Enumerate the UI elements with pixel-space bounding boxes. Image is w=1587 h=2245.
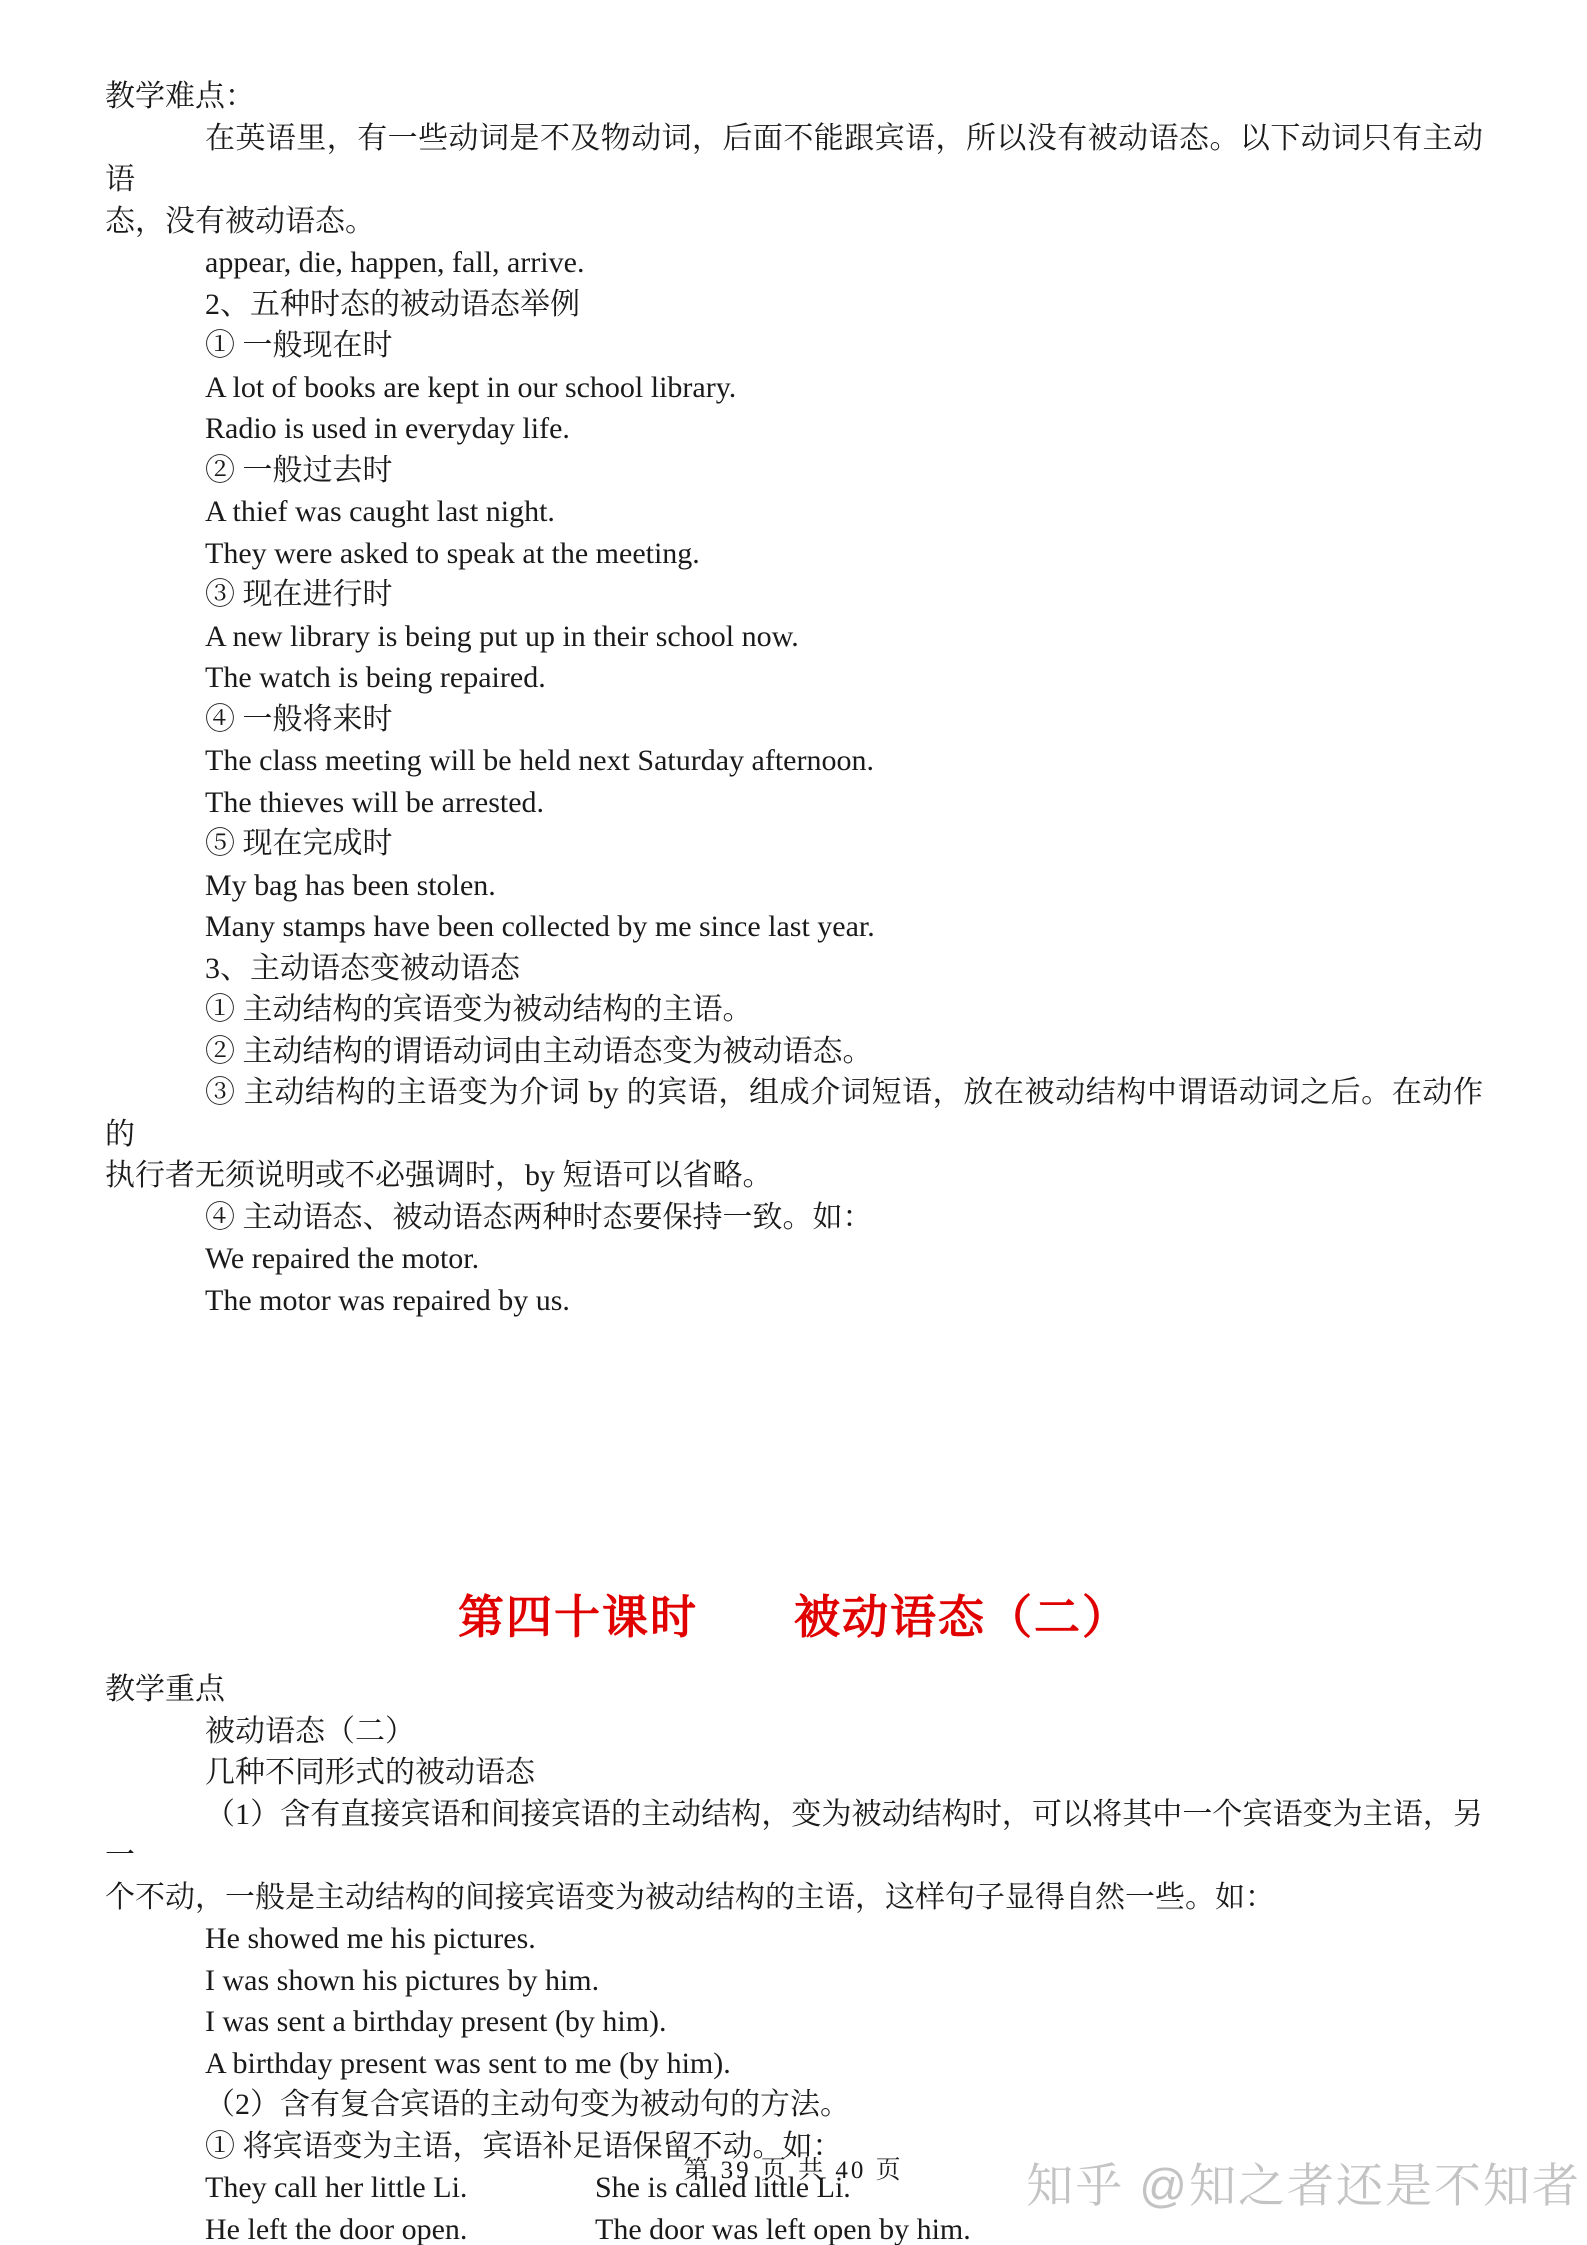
lesson-title: 第四十课时 被动语态（二） [105, 1587, 1483, 1649]
text-line: ⑤ 现在完成时 [105, 823, 1483, 865]
text-line: 3、主动语态变被动语态 [105, 948, 1483, 990]
text-line: We repaired the motor. [105, 1238, 1483, 1280]
text-line: ① 主动结构的宾语变为被动结构的主语。 [105, 989, 1483, 1031]
text-line: ④ 一般将来时 [105, 699, 1483, 741]
text-line: They were asked to speak at the meeting. [105, 533, 1483, 575]
text-line: 个不动，一般是主动结构的间接宾语变为被动结构的主语，这样句子显得自然一些。如： [105, 1877, 1483, 1919]
text-line: ④ 主动语态、被动语态两种时态要保持一致。如： [105, 1197, 1483, 1239]
text-line: A new library is being put up in their s… [105, 616, 1483, 658]
document-content: 教学难点：在英语里，有一些动词是不及物动词，后面不能跟宾语，所以没有被动语态。以… [0, 0, 1587, 2245]
text-line: 在英语里，有一些动词是不及物动词，后面不能跟宾语，所以没有被动语态。以下动词只有… [105, 118, 1483, 201]
text-line: （1）含有直接宾语和间接宾语的主动结构，变为被动结构时，可以将其中一个宾语变为主… [105, 1794, 1483, 1877]
text-line: I was shown his pictures by him. [105, 1960, 1483, 2002]
text-line: The class meeting will be held next Satu… [105, 740, 1483, 782]
text-line: He showed me his pictures. [105, 1918, 1483, 1960]
text-line: I was sent a birthday present (by him). [105, 2001, 1483, 2043]
text-line: ③ 现在进行时 [105, 574, 1483, 616]
text-line: 几种不同形式的被动语态 [105, 1752, 1483, 1794]
text-line: A lot of books are kept in our school li… [105, 367, 1483, 409]
text-line: Radio is used in everyday life. [105, 408, 1483, 450]
text-line: The motor was repaired by us. [105, 1280, 1483, 1322]
text-line: A birthday present was sent to me (by hi… [105, 2043, 1483, 2085]
text-line: 2、五种时态的被动语态举例 [105, 284, 1483, 326]
text-line: 态，没有被动语态。 [105, 201, 1483, 243]
text-line: A thief was caught last night. [105, 491, 1483, 533]
text-line: 教学难点： [105, 76, 1483, 118]
watermark: 知乎 @知之者还是不知者 [1026, 2158, 1581, 2214]
text-line: My bag has been stolen. [105, 865, 1483, 907]
text-line: The watch is being repaired. [105, 657, 1483, 699]
document-page: 教学难点：在英语里，有一些动词是不及物动词，后面不能跟宾语，所以没有被动语态。以… [0, 0, 1587, 2245]
text-line: ① 一般现在时 [105, 325, 1483, 367]
text-line: （2）含有复合宾语的主动句变为被动句的方法。 [105, 2084, 1483, 2126]
example-right: The door was left open by him. [595, 2213, 971, 2245]
text-line: 被动语态（二） [105, 1711, 1483, 1753]
text-line: 教学重点 [105, 1669, 1483, 1711]
text-line: 执行者无须说明或不必强调时，by 短语可以省略。 [105, 1155, 1483, 1197]
text-line: ② 一般过去时 [105, 450, 1483, 492]
text-line: appear, die, happen, fall, arrive. [105, 242, 1483, 284]
text-line: ③ 主动结构的主语变为介词 by 的宾语，组成介词短语，放在被动结构中谓语动词之… [105, 1072, 1483, 1155]
text-line: Many stamps have been collected by me si… [105, 906, 1483, 948]
text-line: ② 主动结构的谓语动词由主动语态变为被动语态。 [105, 1031, 1483, 1073]
content-part-1: 教学难点：在英语里，有一些动词是不及物动词，后面不能跟宾语，所以没有被动语态。以… [105, 76, 1483, 1321]
example-left: He left the door open. [205, 2209, 595, 2245]
text-line: The thieves will be arrested. [105, 782, 1483, 824]
